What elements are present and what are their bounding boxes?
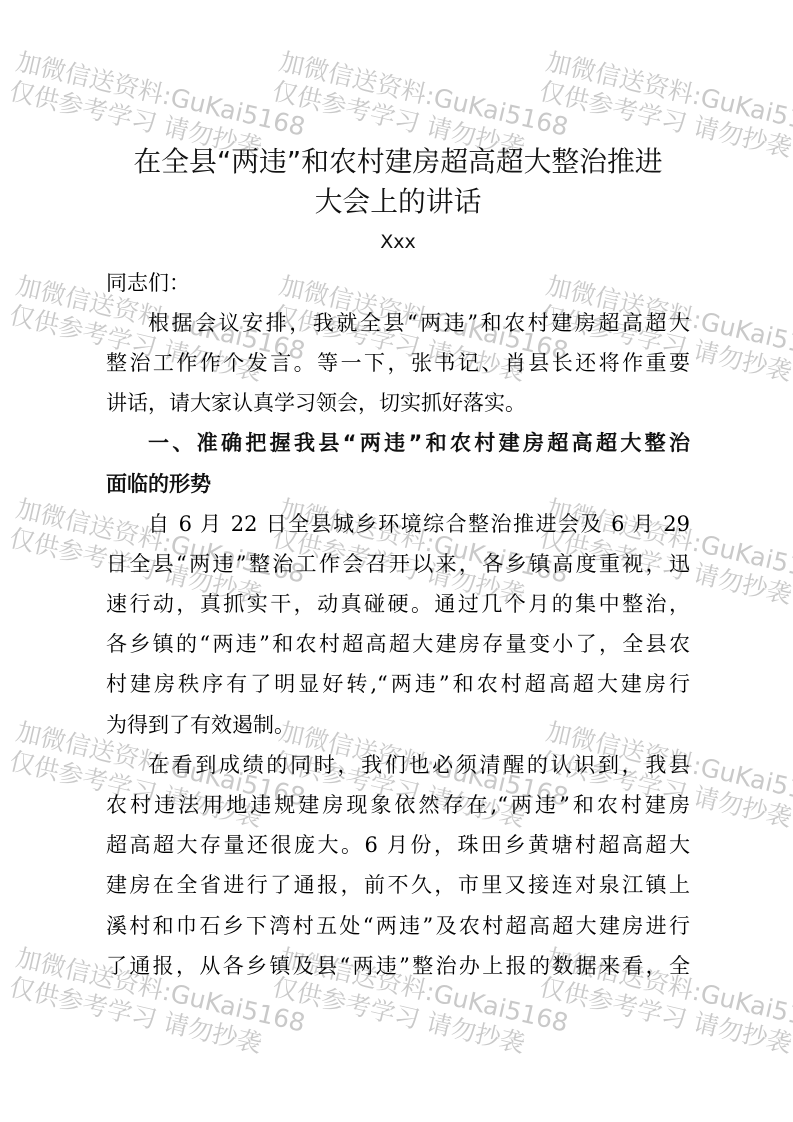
- watermark-line: 仅供参考学习 请勿抄袭: [537, 972, 793, 1068]
- paragraph-line: 溪村和巾石乡下湾村五处“两违”及农村超高超大建房进行: [106, 906, 690, 946]
- paragraph-line: 日全县“两违”整治工作会召开以来，各乡镇高度重视，迅: [106, 544, 690, 584]
- heading-line: 一、准确把握我县“两违”和农村建房超高超大整治: [106, 423, 690, 463]
- paragraph-line: 速行动，真抓实干，动真碰硬。通过几个月的集中整治，: [106, 584, 690, 624]
- paragraph-line: 根据会议安排，我就全县“两违”和农村建房超高超大: [106, 303, 690, 343]
- document-title: 在全县“两违”和农村建房超高超大整治推进 大会上的讲话: [106, 142, 690, 222]
- paragraph-line: 为得到了有效遏制。: [106, 705, 690, 745]
- paragraph-intro: 根据会议安排，我就全县“两违”和农村建房超高超大 整治工作作个发言。等一下，张书…: [106, 303, 690, 424]
- document-page: 加微信送资料:GuKai5168仅供参考学习 请勿抄袭 加微信送资料:GuKai…: [0, 0, 793, 1122]
- author: Xxx: [106, 222, 690, 262]
- paragraph-line: 村建房秩序有了明显好转,“两违”和农村超高超大建房行: [106, 664, 690, 704]
- paragraph-line: 整治工作作个发言。等一下，张书记、肖县长还将作重要: [106, 343, 690, 383]
- paragraph-line: 超高超大存量还很庞大。6 月份，珠田乡黄塘村超高超大: [106, 825, 690, 865]
- watermark-line: 加微信送资料:GuKai5168: [13, 47, 308, 143]
- salutation: 同志们：: [106, 263, 690, 303]
- paragraph-line: 农村违法用地违规建房现象依然存在,“两违”和农村建房: [106, 785, 690, 825]
- heading-line: 面临的形势: [106, 464, 690, 504]
- paragraph-line: 自 6 月 22 日全县城乡环境综合整治推进会及 6 月 29: [106, 504, 690, 544]
- section-heading: 一、准确把握我县“两违”和农村建房超高超大整治 面临的形势: [106, 423, 690, 503]
- paragraph-line: 在看到成绩的同时，我们也必须清醒的认识到，我县: [106, 745, 690, 785]
- paragraph-progress: 自 6 月 22 日全县城乡环境综合整治推进会及 6 月 29 日全县“两违”整…: [106, 504, 690, 745]
- document-body: 在全县“两违”和农村建房超高超大整治推进 大会上的讲话 Xxx 同志们： 根据会…: [106, 142, 690, 986]
- paragraph-line: 讲话，请大家认真学习领会，切实抓好落实。: [106, 383, 690, 423]
- paragraph-line: 各乡镇的“两违”和农村超高超大建房存量变小了，全县农: [106, 624, 690, 664]
- watermark-line: 加微信送资料:GuKai5168: [543, 47, 793, 143]
- watermark-line: 仅供参考学习 请勿抄袭: [7, 972, 302, 1068]
- watermark-line: 加微信送资料:GuKai5168: [276, 47, 571, 143]
- title-line: 在全县“两违”和农村建房超高超大整治推进: [106, 142, 690, 182]
- paragraph-line: 建房在全省进行了通报，前不久，市里又接连对泉江镇上: [106, 865, 690, 905]
- paragraph-problems: 在看到成绩的同时，我们也必须清醒的认识到，我县 农村违法用地违规建房现象依然存在…: [106, 745, 690, 986]
- paragraph-line: 了通报，从各乡镇及县“两违”整治办上报的数据来看，全: [106, 946, 690, 986]
- title-line: 大会上的讲话: [106, 182, 690, 222]
- watermark-line: 仅供参考学习 请勿抄袭: [270, 972, 565, 1068]
